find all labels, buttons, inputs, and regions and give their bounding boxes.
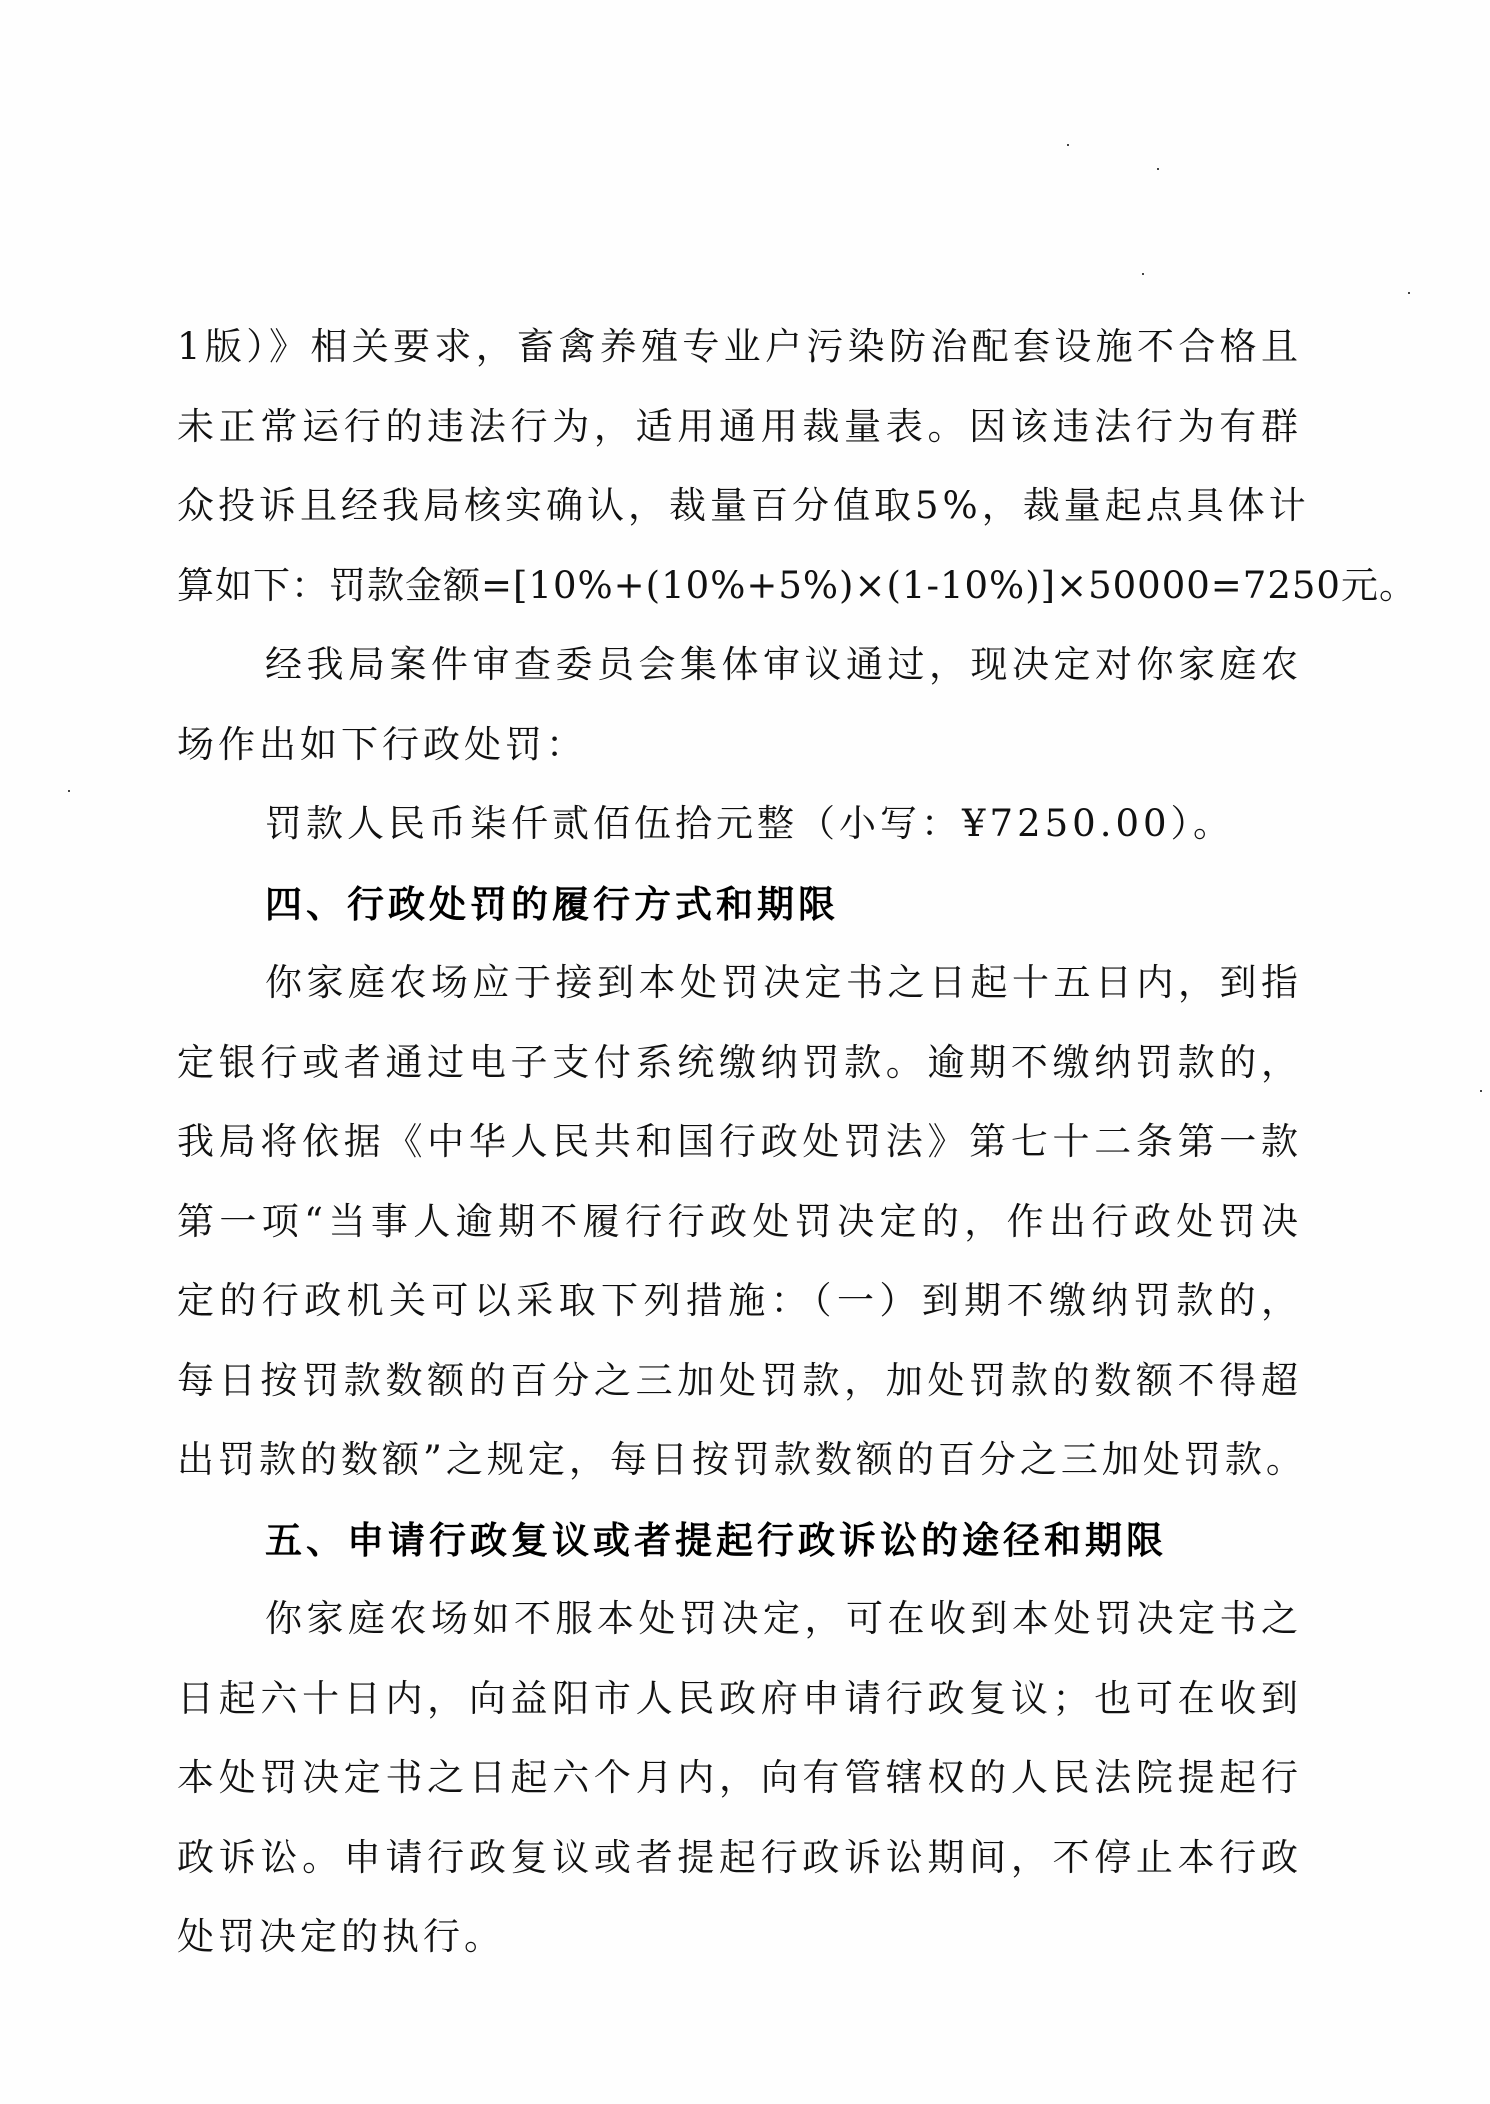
- paragraph-start-line: 你家庭农场如不服本处罚决定，可在收到本处罚决定书之: [265, 1579, 1302, 1659]
- body-text-line: 场作出如下行政处罚：: [177, 705, 1302, 785]
- section-4-heading: 四、行政处罚的履行方式和期限: [265, 864, 1302, 944]
- body-text-line: 定的行政机关可以采取下列措施：（一）到期不缴纳罚款的，: [177, 1261, 1302, 1341]
- section-5-heading: 五、申请行政复议或者提起行政诉讼的途径和期限: [265, 1500, 1302, 1580]
- body-text-line: 本处罚决定书之日起六个月内，向有管辖权的人民法院提起行: [177, 1738, 1302, 1818]
- scan-speck: [1142, 273, 1144, 275]
- body-text-line: 第一项“当事人逾期不履行行政处罚决定的，作出行政处罚决: [177, 1182, 1302, 1262]
- body-text-line: 定银行或者通过电子支付系统缴纳罚款。逾期不缴纳罚款的，: [177, 1023, 1302, 1103]
- scan-speck: [1480, 1090, 1482, 1092]
- body-text-line: 每日按罚款数额的百分之三加处罚款，加处罚款的数额不得超: [177, 1341, 1302, 1421]
- body-text-line: 1版）》相关要求，畜禽养殖专业户污染防治配套设施不合格且: [177, 307, 1302, 387]
- body-text-line: 我局将依据《中华人民共和国行政处罚法》第七十二条第一款: [177, 1102, 1302, 1182]
- body-text-line: 众投诉且经我局核实确认，裁量百分值取5%，裁量起点具体计: [177, 466, 1302, 546]
- body-text-line: 政诉讼。申请行政复议或者提起行政诉讼期间，不停止本行政: [177, 1818, 1302, 1898]
- penalty-amount-line: 罚款人民币柒仟贰佰伍拾元整（小写：¥7250.00）。: [265, 784, 1302, 864]
- body-text-line: 未正常运行的违法行为，适用通用裁量表。因该违法行为有群: [177, 387, 1302, 467]
- paragraph-start-line: 经我局案件审查委员会集体审议通过，现决定对你家庭农: [265, 625, 1302, 705]
- scan-speck: [1408, 292, 1410, 294]
- paragraph-start-line: 你家庭农场应于接到本处罚决定书之日起十五日内，到指: [265, 943, 1302, 1023]
- document-page: 1版）》相关要求，畜禽养殖专业户污染防治配套设施不合格且 未正常运行的违法行为，…: [0, 0, 1490, 2104]
- scan-speck: [1067, 144, 1069, 146]
- body-text-line: 处罚决定的执行。: [177, 1897, 1302, 1977]
- scan-speck: [1157, 168, 1159, 170]
- body-text-line: 日起六十日内，向益阳市人民政府申请行政复议；也可在收到: [177, 1659, 1302, 1739]
- scan-speck: [68, 790, 70, 792]
- penalty-formula-line: 算如下：罚款金额=[10%+(10%+5%)×(1-10%)]×50000=72…: [177, 546, 1302, 626]
- body-text-line: 出罚款的数额”之规定，每日按罚款数额的百分之三加处罚款。: [177, 1420, 1302, 1500]
